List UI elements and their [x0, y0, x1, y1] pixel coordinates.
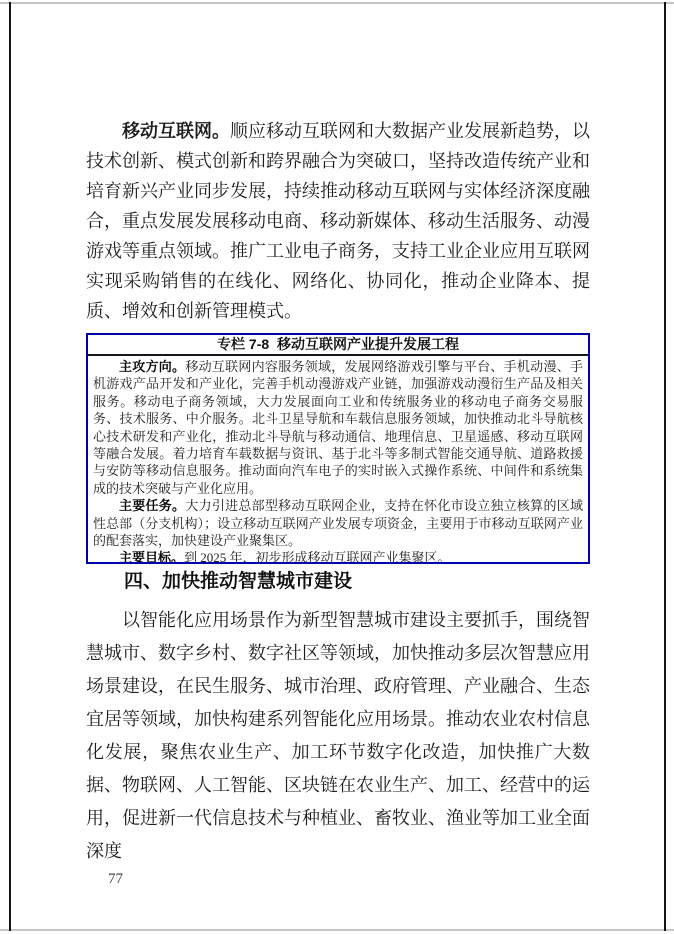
box-section-main-goals-text: 到 2025 年，初步形成移动互联网产业集聚区。 — [184, 550, 451, 564]
column-box-title: 专栏 7-8 移动互联网产业提升发展工程 — [88, 335, 588, 356]
column-box-7-8: 专栏 7-8 移动互联网产业提升发展工程 主攻方向。移动互联网内容服务领域，发展… — [86, 333, 590, 564]
box-section-main-tasks-lead: 主要任务。 — [119, 498, 185, 513]
page-frame-bottom-line — [0, 929, 674, 931]
box-section-main-direction-text: 移动互联网内容服务领域，发展网络游戏引擎与平台、手机动漫、手机游戏产品开发和产业… — [93, 359, 583, 496]
box-section-main-direction-lead: 主攻方向。 — [119, 359, 185, 374]
box-section-main-goals-lead: 主要目标。 — [119, 550, 184, 564]
page-frame-left-line — [9, 2, 11, 931]
paragraph-mobile-internet-lead: 移动互联网。 — [122, 121, 230, 141]
page-frame-top-line — [0, 2, 674, 4]
page-number: 77 — [108, 871, 123, 888]
box-section-main-goals: 主要目标。到 2025 年，初步形成移动互联网产业集聚区。 — [93, 549, 583, 564]
box-section-main-direction: 主攻方向。移动互联网内容服务领域，发展网络游戏引擎与平台、手机动漫、手机游戏产品… — [93, 358, 583, 497]
paragraph-mobile-internet-text: 顺应移动互联网和大数据产业发展新趋势，以技术创新、模式创新和跨界融合为突破口，坚… — [86, 121, 590, 321]
page-frame-right-line — [664, 2, 666, 931]
paragraph-mobile-internet: 移动互联网。顺应移动互联网和大数据产业发展新趋势，以技术创新、模式创新和跨界融合… — [86, 116, 590, 326]
column-box-body: 主攻方向。移动互联网内容服务领域，发展网络游戏引擎与平台、手机动漫、手机游戏产品… — [88, 356, 588, 564]
box-section-main-tasks: 主要任务。大力引进总部型移动互联网企业，支持在怀化市设立独立核算的区域性总部（分… — [93, 497, 583, 549]
paragraph-smart-city: 以智能化应用场景作为新型智慧城市建设主要抓手，围绕智慧城市、数字乡村、数字社区等… — [86, 604, 590, 868]
section-heading-smart-city: 四、加快推动智慧城市建设 — [86, 569, 590, 595]
document-page: 移动互联网。顺应移动互联网和大数据产业发展新趋势，以技术创新、模式创新和跨界融合… — [0, 0, 674, 934]
